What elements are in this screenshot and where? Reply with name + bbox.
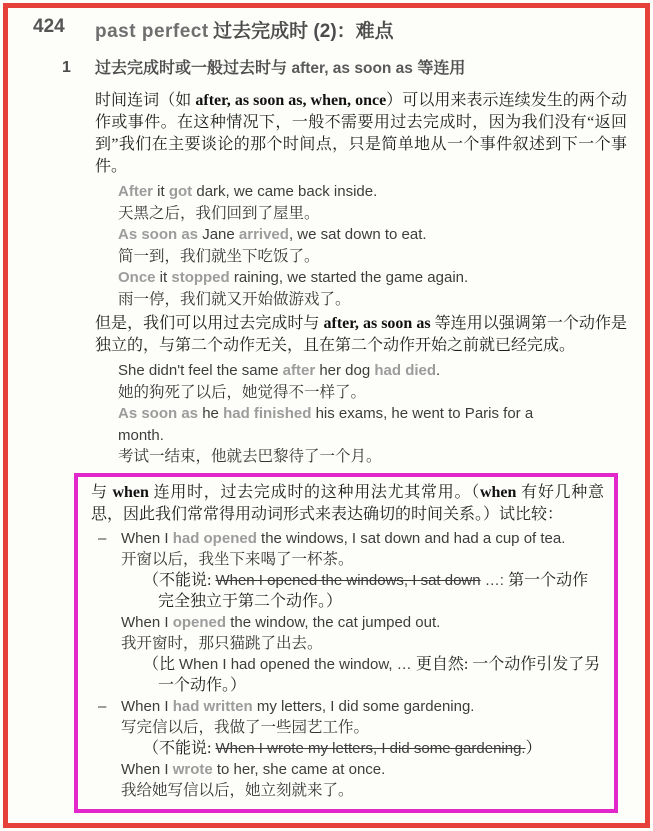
entry-number: 424 <box>33 16 65 38</box>
page-content: 424 past perfect 过去完成时 (2)：难点 1 过去完成时或一般… <box>95 16 627 813</box>
box-example-translation: 写完信以后，我做了一些园艺工作。 <box>121 717 604 738</box>
text-segment: （不能说: <box>143 572 215 589</box>
example-english: She didn't feel the same after her dog h… <box>118 360 627 382</box>
dash-bullet: – <box>98 696 106 717</box>
box-grammar-note: （比 When I had opened the window, … 更自然: … <box>143 654 604 696</box>
text-segment: 等连用 <box>413 60 465 77</box>
box-example-translation: 我开窗时，那只猫跳了出去。 <box>121 633 604 654</box>
text-segment: he <box>198 405 223 422</box>
text-segment: 与 <box>91 484 112 501</box>
text-segment: As soon as <box>118 226 198 243</box>
box-example-english: When I opened the window, the cat jumped… <box>121 612 604 633</box>
example-translation: 简一到，我们就坐下吃饭了。 <box>118 246 627 268</box>
text-segment: to her, she came at once. <box>213 761 386 778</box>
text-segment: 我给她写信以后，她立刻就来了。 <box>121 782 354 799</box>
example-translation: 考试一结束，他就去巴黎待了一个月。 <box>118 446 627 468</box>
example-english: Once it stopped raining, we started the … <box>118 267 627 289</box>
box-example-english: –When I had opened the windows, I sat do… <box>121 528 604 549</box>
box-example-translation: 我给她写信以后，她立刻就来了。 <box>121 780 604 801</box>
text-segment: 考试一结束，他就去巴黎待了一个月。 <box>118 448 382 465</box>
box-example-translation: 开窗以后，我坐下来喝了一杯茶。 <box>121 549 604 570</box>
text-segment: 我开窗时，那只猫跳了出去。 <box>121 635 323 652</box>
text-segment: it <box>156 269 172 286</box>
text-segment: after, as soon as <box>291 60 412 77</box>
text-segment: the windows, I sat down and had a cup of… <box>257 530 566 547</box>
text-segment: her dog <box>315 362 374 379</box>
box-intro-paragraph: 与 when 连用时，过去完成时的这种用法尤其常用。（when 有好几种意思，因… <box>91 482 604 526</box>
text-segment: had written <box>173 698 253 715</box>
text-segment: When I <box>121 761 173 778</box>
text-segment: When I wrote my letters, I did some gard… <box>215 740 525 757</box>
text-segment: When I <box>121 530 173 547</box>
entry-title-chinese: 过去完成时 (2)：难点 <box>213 21 394 42</box>
box-grammar-note: （不能说: When I wrote my letters, I did som… <box>143 738 604 759</box>
body-text: 时间连词（如 after, as soon as, when, once）可以用… <box>95 90 627 468</box>
text-segment: opened <box>173 614 226 631</box>
text-segment: …: <box>481 572 509 589</box>
example-translation: 天黑之后，我们回到了屋里。 <box>118 203 627 225</box>
text-segment: had opened <box>173 530 257 547</box>
entry-title-english: past perfect <box>95 21 209 42</box>
section-heading-row: 1 过去完成时或一般过去时与 after, as soon as 等连用 <box>95 58 627 79</box>
text-segment: 雨一停，我们就又开始做游戏了。 <box>118 291 351 308</box>
text-segment: arrived <box>239 226 289 243</box>
text-segment: As soon as <box>118 405 198 422</box>
example-english: As soon as Jane arrived, we sat down to … <box>118 224 627 246</box>
example-english: As soon as he had finished his exams, he… <box>118 403 627 446</box>
text-segment: after <box>283 362 316 379</box>
text-segment: 开窗以后，我坐下来喝了一杯茶。 <box>121 551 354 568</box>
textbook-page: 424 past perfect 过去完成时 (2)：难点 1 过去完成时或一般… <box>0 0 653 831</box>
text-segment: She didn't feel the same <box>118 362 283 379</box>
text-segment: 连用时，过去完成时的这种用法尤其常用。（ <box>149 484 480 501</box>
dash-bullet: – <box>98 528 106 549</box>
text-segment: Jane <box>198 226 239 243</box>
text-segment: 她的狗死了以后，她觉得不一样了。 <box>118 384 366 401</box>
text-segment: stopped <box>171 269 229 286</box>
text-segment: Once <box>118 269 156 286</box>
text-segment: 简一到，我们就坐下吃饭了。 <box>118 248 320 265</box>
text-segment: dark, we came back inside. <box>192 183 377 200</box>
text-segment: his exams, he went to Paris for a <box>311 405 533 422</box>
text-segment: When I <box>121 698 173 715</box>
text-segment: month. <box>118 427 164 444</box>
text-segment: after, as soon as, when, once <box>195 92 386 109</box>
text-segment: 写完信以后，我做了一些园艺工作。 <box>121 719 369 736</box>
text-segment: When I had opened the window, … <box>179 656 416 673</box>
box-example-english: –When I had written my letters, I did so… <box>121 696 604 717</box>
text-segment: 过去完成时或一般过去时与 <box>95 60 291 77</box>
text-segment: my letters, I did some gardening. <box>253 698 475 715</box>
text-segment: . <box>436 362 440 379</box>
text-segment: wrote <box>173 761 213 778</box>
box-example-english: When I wrote to her, she came at once. <box>121 759 604 780</box>
text-segment: ） <box>526 740 542 757</box>
text-segment: When I opened the windows, I sat down <box>215 572 480 589</box>
intro-paragraph: 时间连词（如 after, as soon as, when, once）可以用… <box>95 90 627 178</box>
text-segment: （比 <box>143 656 179 673</box>
text-segment: when <box>480 484 516 501</box>
section-number: 1 <box>62 59 71 77</box>
example-english: After it got dark, we came back inside. <box>118 181 627 203</box>
contrast-paragraph: 但是，我们可以用过去完成时与 after, as soon as 等连用以强调第… <box>95 313 627 357</box>
example-translation: 她的狗死了以后，她觉得不一样了。 <box>118 382 627 404</box>
text-segment: raining, we started the game again. <box>230 269 468 286</box>
example-translation: 雨一停，我们就又开始做游戏了。 <box>118 289 627 311</box>
text-segment: 天黑之后，我们回到了屋里。 <box>118 205 320 222</box>
text-segment: the window, the cat jumped out. <box>226 614 440 631</box>
text-segment: when <box>112 484 148 501</box>
text-segment: had finished <box>223 405 311 422</box>
highlight-box-content: 与 when 连用时，过去完成时的这种用法尤其常用。（when 有好几种意思，因… <box>91 482 604 801</box>
text-segment: 时间连词（如 <box>95 92 195 109</box>
text-segment: After <box>118 183 153 200</box>
text-segment: （不能说: <box>143 740 215 757</box>
text-segment: , we sat down to eat. <box>289 226 427 243</box>
text-segment: after, as soon as <box>324 315 431 332</box>
section-heading: 过去完成时或一般过去时与 after, as soon as 等连用 <box>95 60 465 77</box>
entry-header: 424 past perfect 过去完成时 (2)：难点 <box>95 16 627 43</box>
text-segment: 但是，我们可以用过去完成时与 <box>95 315 324 332</box>
text-segment: When I <box>121 614 173 631</box>
box-grammar-note: （不能说: When I opened the windows, I sat d… <box>143 570 604 612</box>
text-segment: had died <box>374 362 436 379</box>
highlight-box: 与 when 连用时，过去完成时的这种用法尤其常用。（when 有好几种意思，因… <box>74 473 618 813</box>
text-segment: got <box>169 183 192 200</box>
text-segment: it <box>153 183 169 200</box>
